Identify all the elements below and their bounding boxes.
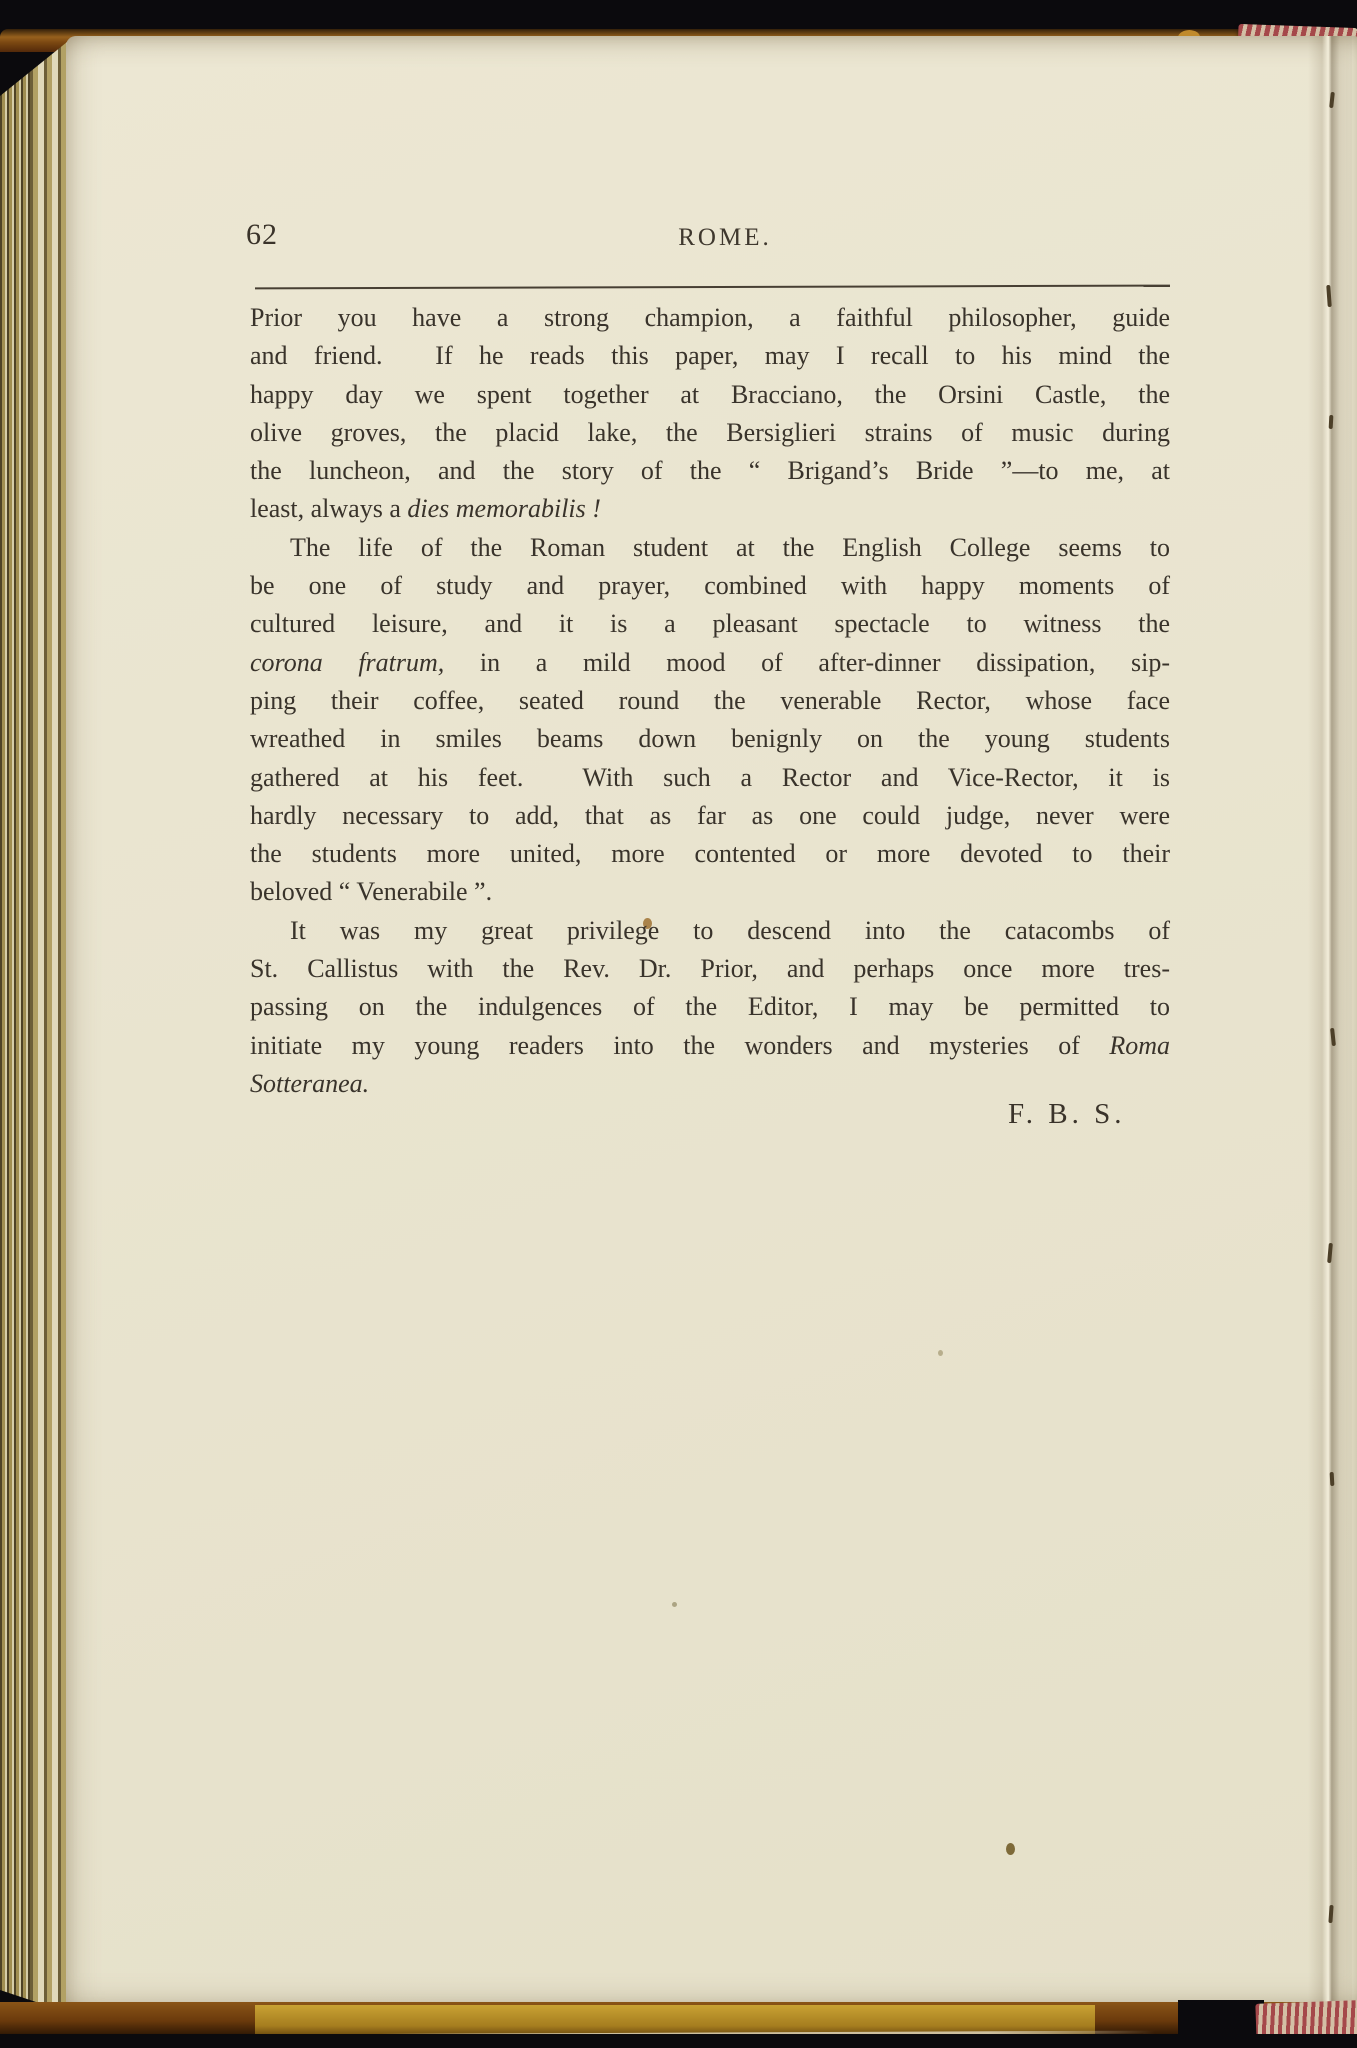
italic-text: Roma [1109,1031,1170,1060]
text-line: and friend. If he reads this paper, may … [250,337,1170,375]
text-line: corona fratrum, in a mild mood of after-… [250,644,1170,682]
running-head: ROME. [678,224,771,252]
text-line: beloved “ Venerabile ”. [250,873,1170,911]
text-line: least, always a dies memorabilis ! [250,490,1170,528]
paper-speck [938,1350,943,1356]
text-line: passing on the indulgences of the Editor… [250,988,1170,1026]
body-text: in a mild mood of after-dinner dissipati… [444,648,1170,677]
paper-speck [1006,1843,1015,1855]
page-stack-dense-leaves [0,0,30,2028]
text-line: be one of study and prayer, combined wit… [250,567,1170,605]
page-stack-edge [0,0,72,2028]
body-text: be one of study and prayer, combined wit… [250,571,1170,600]
paper-speck [672,1602,677,1607]
text-line: It was my great privilege to descend int… [250,912,1170,950]
italic-text: corona fratrum, [250,648,444,677]
stitch-mark [1329,415,1334,429]
body-text: gathered at his feet. With such a Rector… [250,763,1170,792]
text-line: hardly necessary to add, that as far as … [250,797,1170,835]
page-crease [1308,36,1352,2008]
body-text: and friend. If he reads this paper, may … [250,341,1170,370]
body-text: happy day we spent together at Bracciano… [250,380,1170,409]
text-line: gathered at his feet. With such a Rector… [250,759,1170,797]
text-line: the luncheon, and the story of the “ Bri… [250,452,1170,490]
scanned-book-page: 62 ROME. Prior you have a strong champio… [0,0,1357,2048]
text-line: St. Callistus with the Rev. Dr. Prior, a… [250,950,1170,988]
body-text: least, always a [250,494,407,523]
page-number: 62 [246,218,278,252]
body-text: beloved “ Venerabile ”. [250,877,492,906]
body-text: the luncheon, and the story of the “ Bri… [250,456,1170,485]
body-text: St. Callistus with the Rev. Dr. Prior, a… [250,954,1170,983]
body-text: ping their coffee, seated round the vene… [250,686,1170,715]
text-line: The life of the Roman student at the Eng… [250,529,1170,567]
text-line: Prior you have a strong champion, a fait… [250,299,1170,337]
body-text: wreathed in smiles beams down benignly o… [250,724,1170,753]
body-text: It was my great privilege to descend int… [290,916,1170,945]
page-text: Prior you have a strong champion, a fait… [250,299,1170,1103]
body-text: Prior you have a strong champion, a fait… [250,303,1170,332]
text-line: cultured leisure, and it is a pleasant s… [250,605,1170,643]
body-text: initiate my young readers into the wonde… [250,1031,1109,1060]
stitch-mark [1330,1472,1335,1486]
italic-text: Sotteranea. [250,1069,369,1098]
body-text: hardly necessary to add, that as far as … [250,801,1170,830]
body-text: passing on the indulgences of the Editor… [250,992,1170,1021]
body-text: The life of the Roman student at the Eng… [290,533,1170,562]
background-bottom [0,2034,1357,2048]
body-text: cultured leisure, and it is a pleasant s… [250,609,1170,638]
text-line: the students more united, more contented… [250,835,1170,873]
text-line: wreathed in smiles beams down benignly o… [250,720,1170,758]
text-line: happy day we spent together at Bracciano… [250,376,1170,414]
body-text: olive groves, the placid lake, the Bersi… [250,418,1170,447]
author-signature: F. B. S. [1008,1098,1126,1131]
body-text: the students more united, more contented… [250,839,1170,868]
italic-text: dies memorabilis ! [407,494,601,523]
text-line: initiate my young readers into the wonde… [250,1027,1170,1065]
text-line: ping their coffee, seated round the vene… [250,682,1170,720]
text-line: olive groves, the placid lake, the Bersi… [250,414,1170,452]
